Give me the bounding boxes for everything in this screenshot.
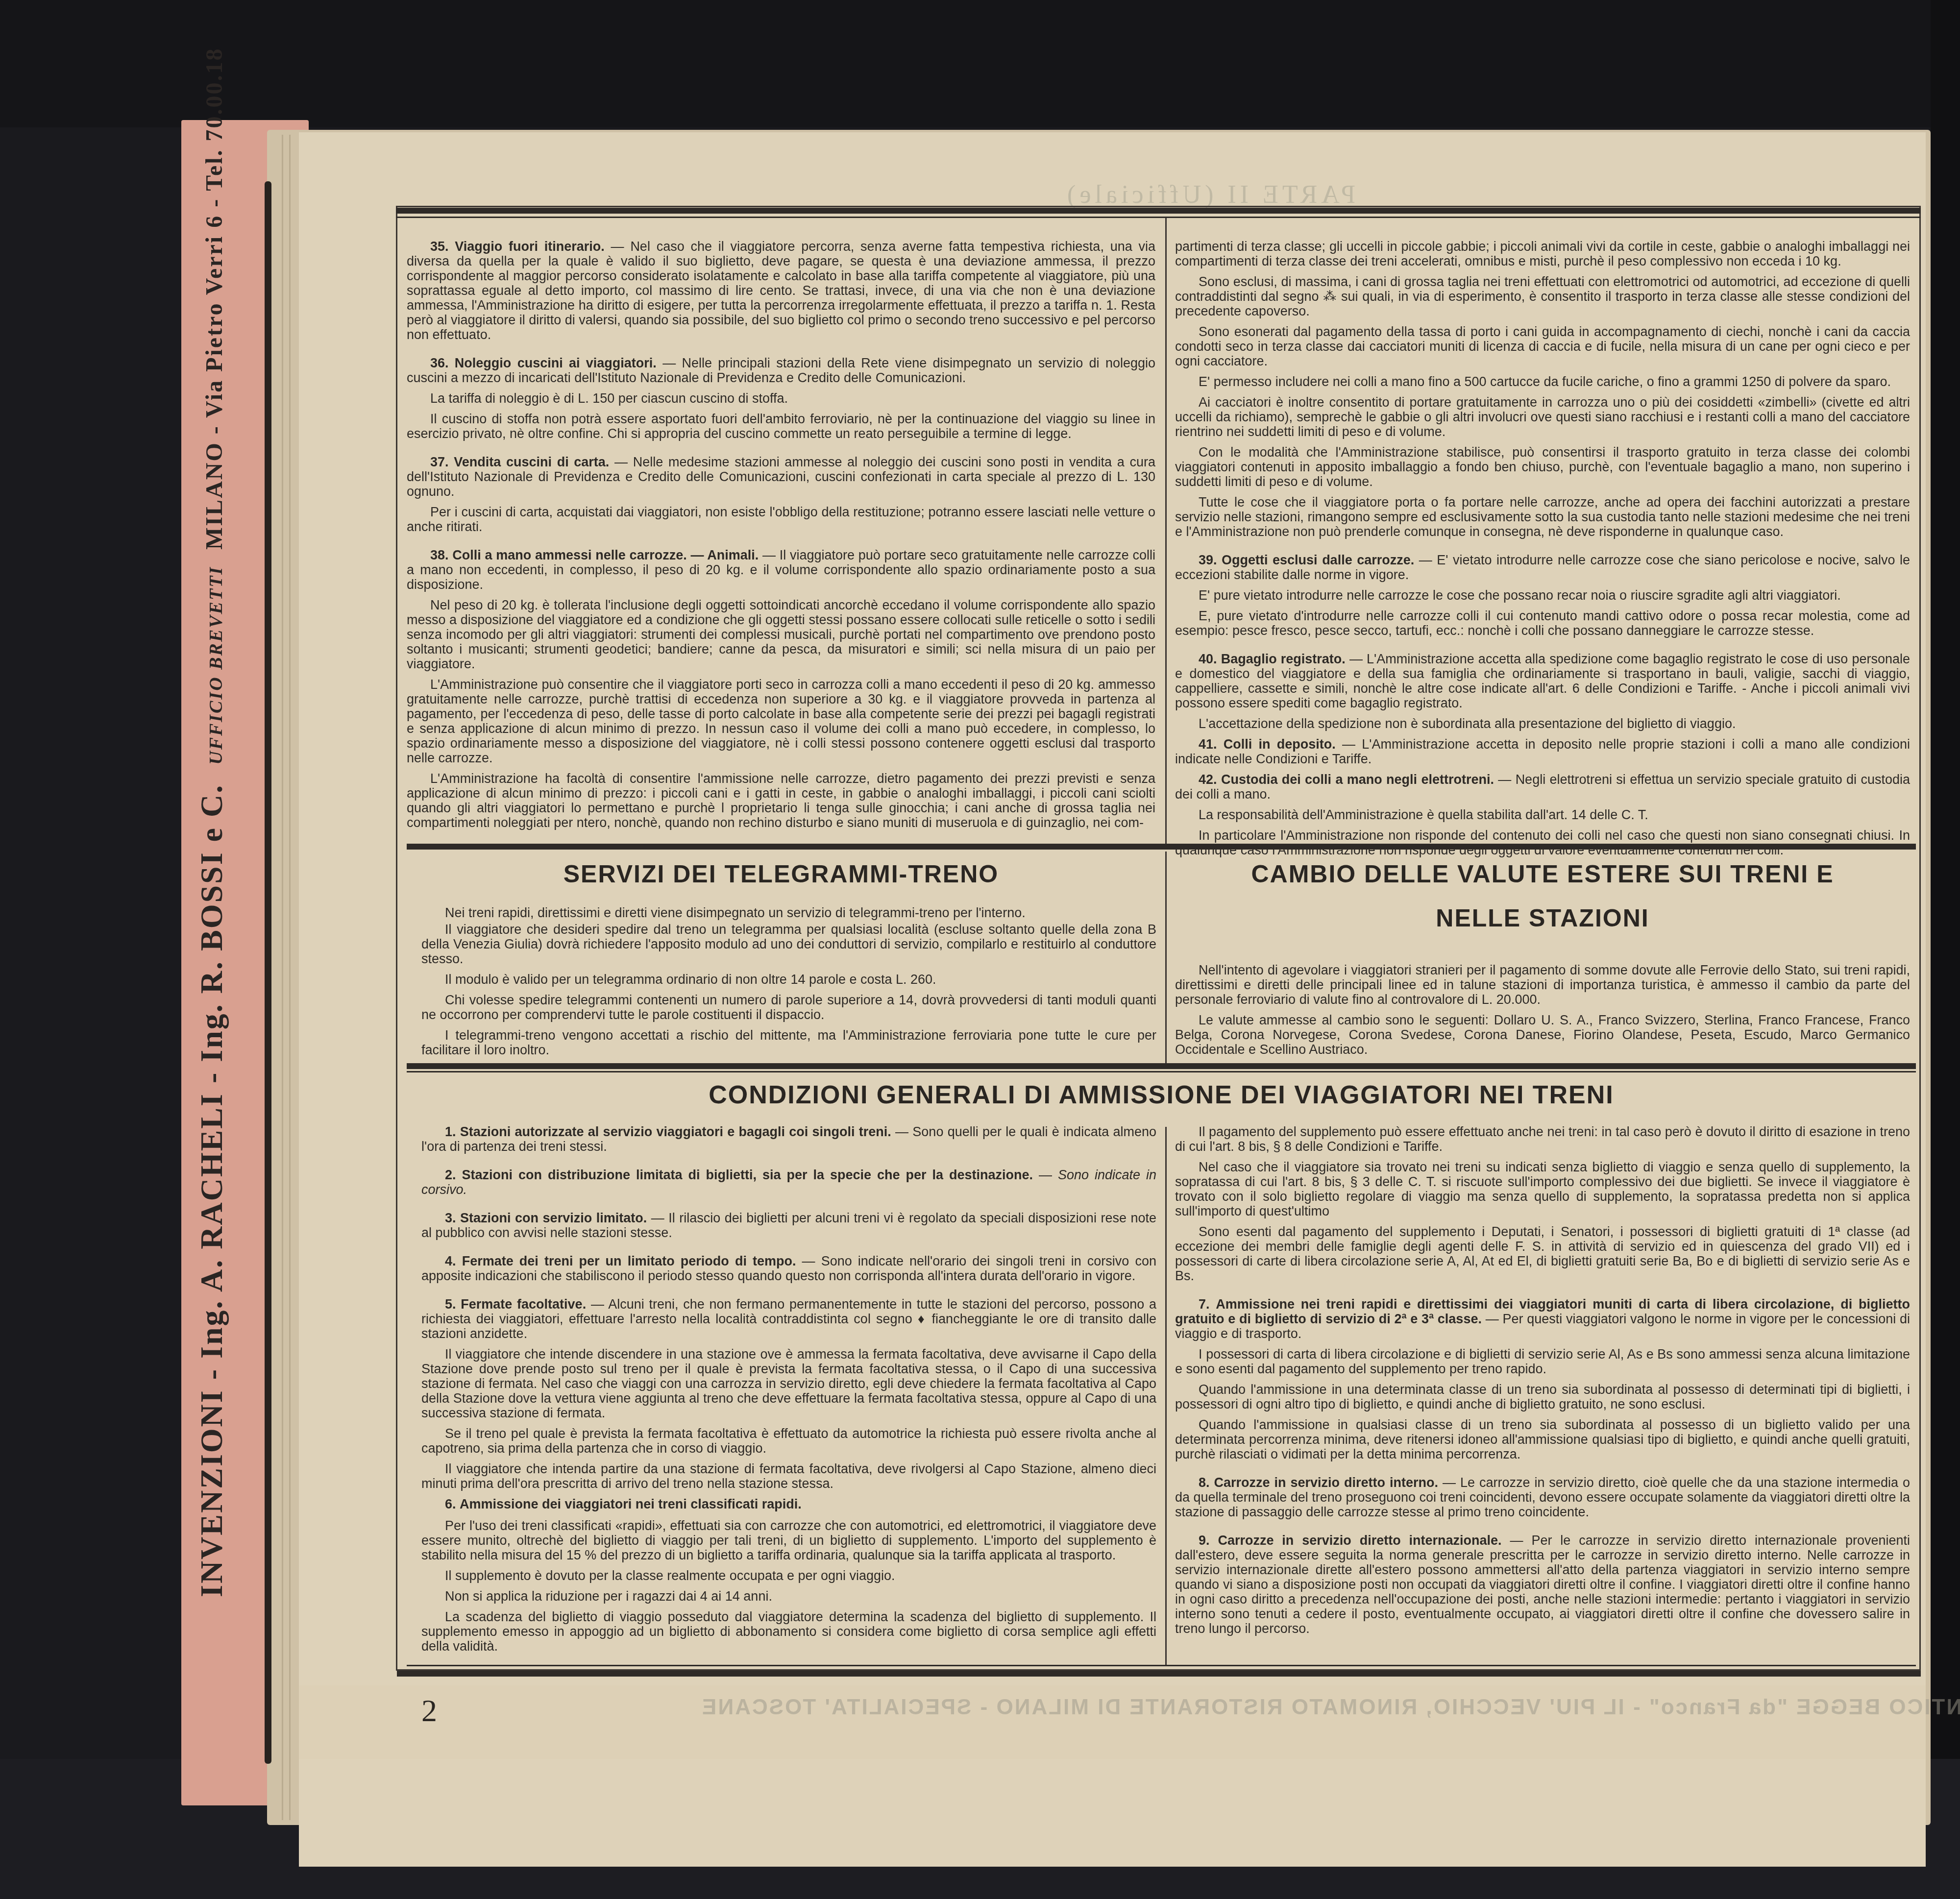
article-38-para: Tutte le cose che il viaggiatore porta o… [1175, 495, 1910, 539]
article-39-para: E' pure vietato introdurre nelle carrozz… [1175, 588, 1910, 603]
cover-office: UFFICIO BREVETTI [206, 566, 226, 765]
article-38-para: L'Amministrazione può consentire che il … [407, 677, 1155, 765]
column-divider [1165, 1127, 1167, 1666]
condition-7-para: Quando l'ammissione in una determinata c… [1175, 1382, 1910, 1412]
condition-4: 4. Fermate dei treni per un limitato per… [421, 1254, 1156, 1283]
condition-5-para: Il viaggiatore che intende discendere in… [421, 1347, 1156, 1420]
condition-6-continuation: Nel caso che il viaggiatore sia trovato … [1175, 1160, 1910, 1218]
articles-left-column: 35. Viaggio fuori itinerario. — Nel caso… [407, 239, 1155, 836]
article-38-para: Sono esonerati dal pagamento della tassa… [1175, 324, 1910, 368]
telegram-para: Chi volesse spedire telegrammi contenent… [421, 993, 1156, 1022]
condition-3: 3. Stazioni con servizio limitato. — Il … [421, 1211, 1156, 1240]
condition-6-para: La scadenza del biglietto di viaggio pos… [421, 1609, 1156, 1654]
conditions-right-column: Il pagamento del supplemento può essere … [1175, 1124, 1910, 1642]
condition-8: 8. Carrozze in servizio diretto interno.… [1175, 1475, 1910, 1519]
bleed-through-header: PARTE II (Ufficiale) [1063, 180, 1355, 209]
article-40-para: L'accettazione della spedizione non è su… [1175, 716, 1910, 731]
section-rule [407, 844, 1916, 850]
section-rule [407, 1063, 1916, 1069]
condition-6-para: Per l'uso dei treni classificati «rapidi… [421, 1518, 1156, 1562]
condition-6-continuation: Sono esenti dal pagamento del supplement… [1175, 1224, 1910, 1283]
telegram-section-title: SERVIZI DEI TELEGRAMMI-TRENO [407, 860, 1155, 888]
conditions-left-column: 1. Stazioni autorizzate al servizio viag… [421, 1124, 1156, 1659]
article-36: 36. Noleggio cuscini ai viaggiatori. — N… [407, 356, 1155, 385]
article-42-para: La responsabilità dell'Amministrazione è… [1175, 807, 1910, 822]
article-41: 41. Colli in deposito. — L'Amministrazio… [1175, 737, 1910, 766]
article-38-para: Nel peso di 20 kg. è tollerata l'inclusi… [407, 598, 1155, 671]
cover-advert: INVENZIONI - Ing. A. RACHELI - Ing. R. B… [194, 784, 229, 1597]
background-top [0, 0, 1960, 127]
currency-accepted-list: Le valute ammesse al cambio sono le segu… [1175, 1013, 1910, 1057]
article-38-para: L'Amministrazione ha facoltà di consenti… [407, 771, 1155, 830]
telegram-para: Il modulo è valido per un telegramma ord… [421, 972, 1156, 987]
telegram-section-body: Nei treni rapidi, direttissimi e diretti… [421, 905, 1156, 1063]
top-rule [396, 208, 1921, 214]
telegram-para: I telegrammi-treno vengono accettati a r… [421, 1028, 1156, 1057]
article-38: 38. Colli a mano ammessi nelle carrozze.… [407, 548, 1155, 592]
article-36-para: La tariffa di noleggio è di L. 150 per c… [407, 391, 1155, 406]
condition-5-para: Se il treno pel quale è prevista la ferm… [421, 1426, 1156, 1456]
page-number: 2 [421, 1693, 437, 1729]
background-right [1931, 0, 1960, 1899]
bottom-rule [397, 1671, 1921, 1677]
column-divider [1165, 852, 1167, 1067]
condition-7: 7. Ammissione nei treni rapidi e diretti… [1175, 1297, 1910, 1341]
condition-6-para: Il supplemento è dovuto per la classe re… [421, 1568, 1156, 1583]
telegram-para: Il viaggiatore che desideri spedire dal … [421, 922, 1156, 966]
condition-5-para: Il viaggiatore che intenda partire da un… [421, 1461, 1156, 1491]
currency-section-title-line2: NELLE STAZIONI [1175, 904, 1910, 932]
condition-7-para: Quando l'ammissione in qualsiasi classe … [1175, 1417, 1910, 1461]
conditions-section-title: CONDIZIONI GENERALI DI AMMISSIONE DEI VI… [407, 1080, 1916, 1110]
article-38-para: Con le modalità che l'Amministrazione st… [1175, 445, 1910, 489]
article-39: 39. Oggetti esclusi dalle carrozze. — E'… [1175, 553, 1910, 582]
spine-rule [265, 181, 271, 1764]
condition-6: 6. Ammissione dei viaggiatori nei treni … [421, 1497, 1156, 1511]
condition-9: 9. Carrozze in servizio diretto internaz… [1175, 1533, 1910, 1636]
cover-address: MILANO - Via Pietro Verri 6 - Tel. 70.00… [201, 47, 227, 549]
article-36-para: Il cuscino di stoffa non potrà essere as… [407, 412, 1155, 441]
column-divider [1165, 218, 1167, 845]
article-39-para: E, pure vietato d'introdurre nelle carro… [1175, 609, 1910, 638]
condition-2: 2. Stazioni con distribuzione limitata d… [421, 1168, 1156, 1197]
article-37-para: Per i cuscini di carta, acquistati dai v… [407, 505, 1155, 534]
telegram-para: Nei treni rapidi, direttissimi e diretti… [421, 905, 1156, 920]
condition-6-continuation: Il pagamento del supplemento può essere … [1175, 1124, 1910, 1154]
article-40: 40. Bagaglio registrato. — L'Amministraz… [1175, 652, 1910, 710]
section-rule-thin [407, 1071, 1916, 1072]
article-35: 35. Viaggio fuori itinerario. — Nel caso… [407, 239, 1155, 342]
condition-6-para: Non si applica la riduzione per i ragazz… [421, 1589, 1156, 1604]
currency-section-title-line1: CAMBIO DELLE VALUTE ESTERE SUI TRENI E [1175, 860, 1910, 888]
condition-1: 1. Stazioni autorizzate al servizio viag… [421, 1124, 1156, 1154]
article-42: 42. Custodia dei colli a mano negli elet… [1175, 772, 1910, 802]
currency-section-body: Nell'intento di agevolare i viaggiatori … [1175, 963, 1910, 1063]
article-42-para: In particolare l'Amministrazione non ris… [1175, 828, 1910, 857]
condition-5: 5. Fermate facoltative. — Alcuni treni, … [421, 1297, 1156, 1341]
article-38-para: Ai cacciatori è inoltre consentito di po… [1175, 395, 1910, 439]
cover-spine-text: INVENZIONI - Ing. A. RACHELI - Ing. R. B… [194, 127, 230, 1597]
currency-para: Nell'intento di agevolare i viaggiatori … [1175, 963, 1910, 1007]
articles-right-column: partimenti di terza classe; gli uccelli … [1175, 239, 1910, 863]
article-38-continuation: partimenti di terza classe; gli uccelli … [1175, 239, 1910, 268]
top-rule-thin [396, 217, 1921, 218]
article-38-para: Sono esclusi, di massima, i cani di gros… [1175, 274, 1910, 318]
article-37: 37. Vendita cuscini di carta. — Nelle me… [407, 455, 1155, 499]
bottom-rule-thin [407, 1665, 1916, 1666]
condition-7-para: I possessori di carta di libera circolaz… [1175, 1347, 1910, 1376]
bleed-through-footer: Ristorante ANTICO BEGGE "da Franco" - IL… [701, 1695, 1960, 1720]
article-38-para: E' permesso includere nei colli a mano f… [1175, 374, 1910, 389]
